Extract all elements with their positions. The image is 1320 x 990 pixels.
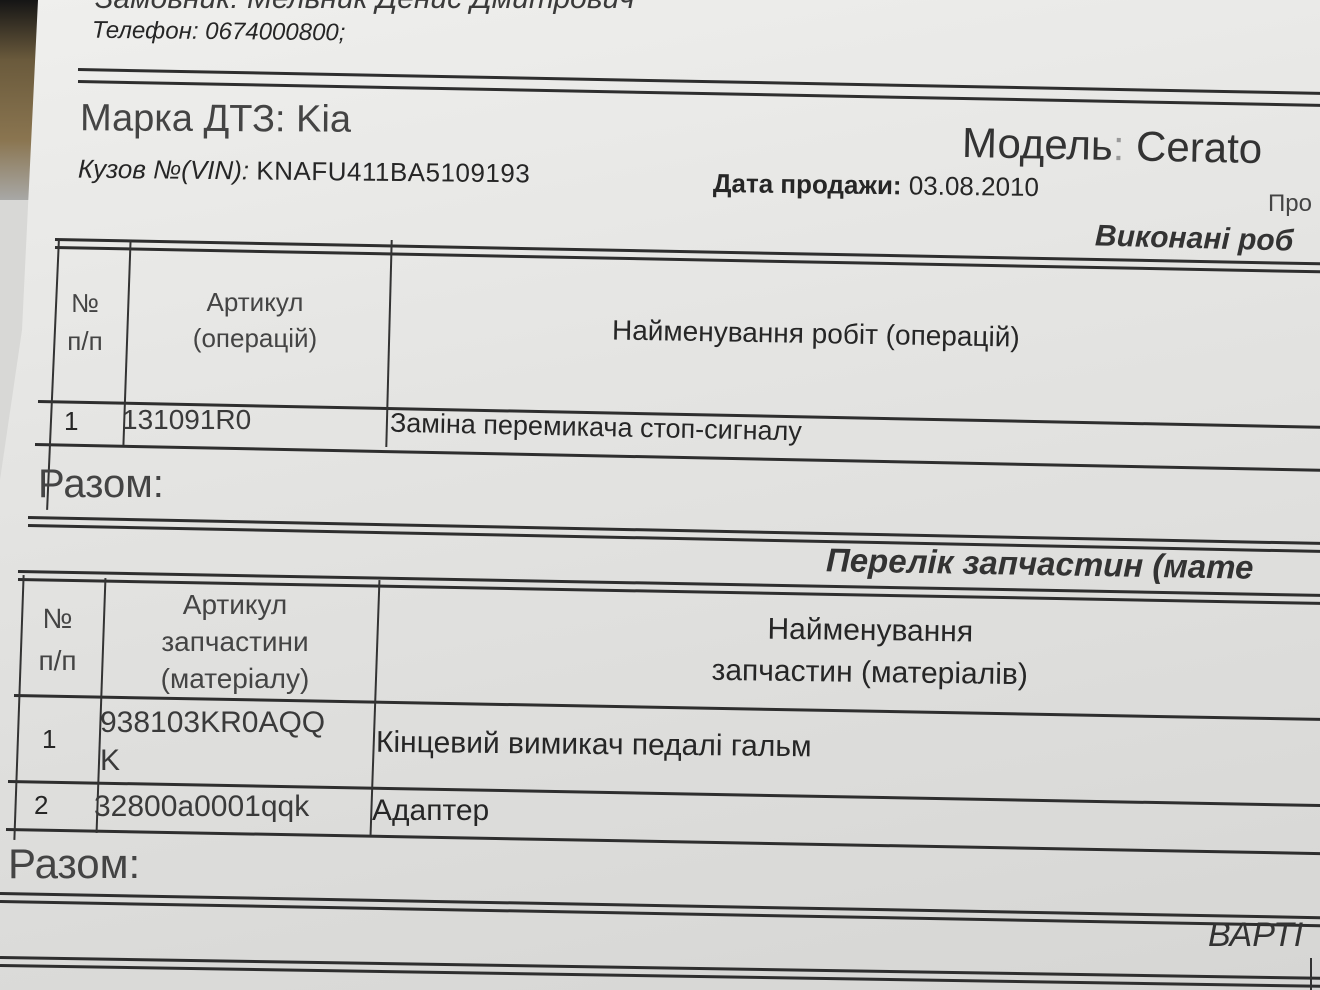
parts-total-label: Разом: [8, 840, 140, 888]
mileage-label-cut: Про [1268, 190, 1312, 218]
parts-row2-num: 2 [34, 790, 48, 821]
make-label: Марка ДТЗ: [80, 97, 286, 140]
parts-row2-name: Адаптер [372, 794, 489, 828]
works-col-article: Артикул (операцій) [150, 284, 360, 356]
parts-row1-num: 1 [42, 724, 56, 755]
sale-date: Дата продажи: 03.08.2010 [713, 168, 1039, 203]
works-row-article: 131091R0 [122, 404, 251, 436]
phone-label: Телефон: [92, 17, 199, 45]
service-document: Замовник: Мельник Денис Дмитрович Телефо… [0, 0, 1320, 990]
parts-col-sep-left [13, 575, 24, 840]
model-label: Модель [962, 119, 1114, 169]
vin-label: Кузов №(VIN): [78, 154, 249, 186]
parts-row1-article: 938103KR0AQQ K [100, 704, 325, 780]
sale-date-value: 03.08.2010 [909, 170, 1039, 202]
vehicle-vin: Кузов №(VIN): KNAFU411BA5109193 [78, 154, 531, 190]
sale-date-label: Дата продажи: [713, 168, 902, 200]
works-row-bottom [35, 443, 1320, 472]
parts-row2-article: 32800a0001qqk [94, 790, 309, 824]
phone-line: Телефон: 0674000800; [92, 17, 346, 48]
parts-section-title: Перелік запчастин (мате [826, 541, 1254, 586]
parts-col-name: Найменування запчастин (матеріалів) [659, 607, 1080, 697]
works-section-title: Виконані роб [1095, 219, 1294, 258]
vehicle-make: Марка ДТЗ: Kia [80, 97, 351, 141]
customer-name-cut: Замовник: Мельник Денис Дмитрович [95, 0, 635, 16]
parts-row2-bottom [6, 828, 1320, 855]
works-row-num: 1 [64, 406, 78, 437]
phone-value: 0674000800; [205, 18, 345, 46]
works-col-num: № п/п [55, 284, 115, 360]
vehicle-model: Модель: Cerato [962, 119, 1263, 173]
works-total-label: Разом: [38, 462, 164, 507]
footer-col-sep [1310, 958, 1312, 990]
make-value: Kia [296, 98, 351, 140]
parts-row1-name: Кінцевий вимикач педалі гальм [376, 726, 812, 765]
works-col-name: Найменування робіт (операцій) [612, 314, 1020, 353]
cost-section-title: ВАРТІ [1208, 916, 1303, 955]
vin-value: KNAFU411BA5109193 [256, 156, 530, 189]
parts-col-num: № п/п [25, 598, 90, 682]
parts-col-article: Артикул запчастини (матеріалу) [120, 586, 350, 697]
model-value: Cerato [1136, 123, 1263, 173]
